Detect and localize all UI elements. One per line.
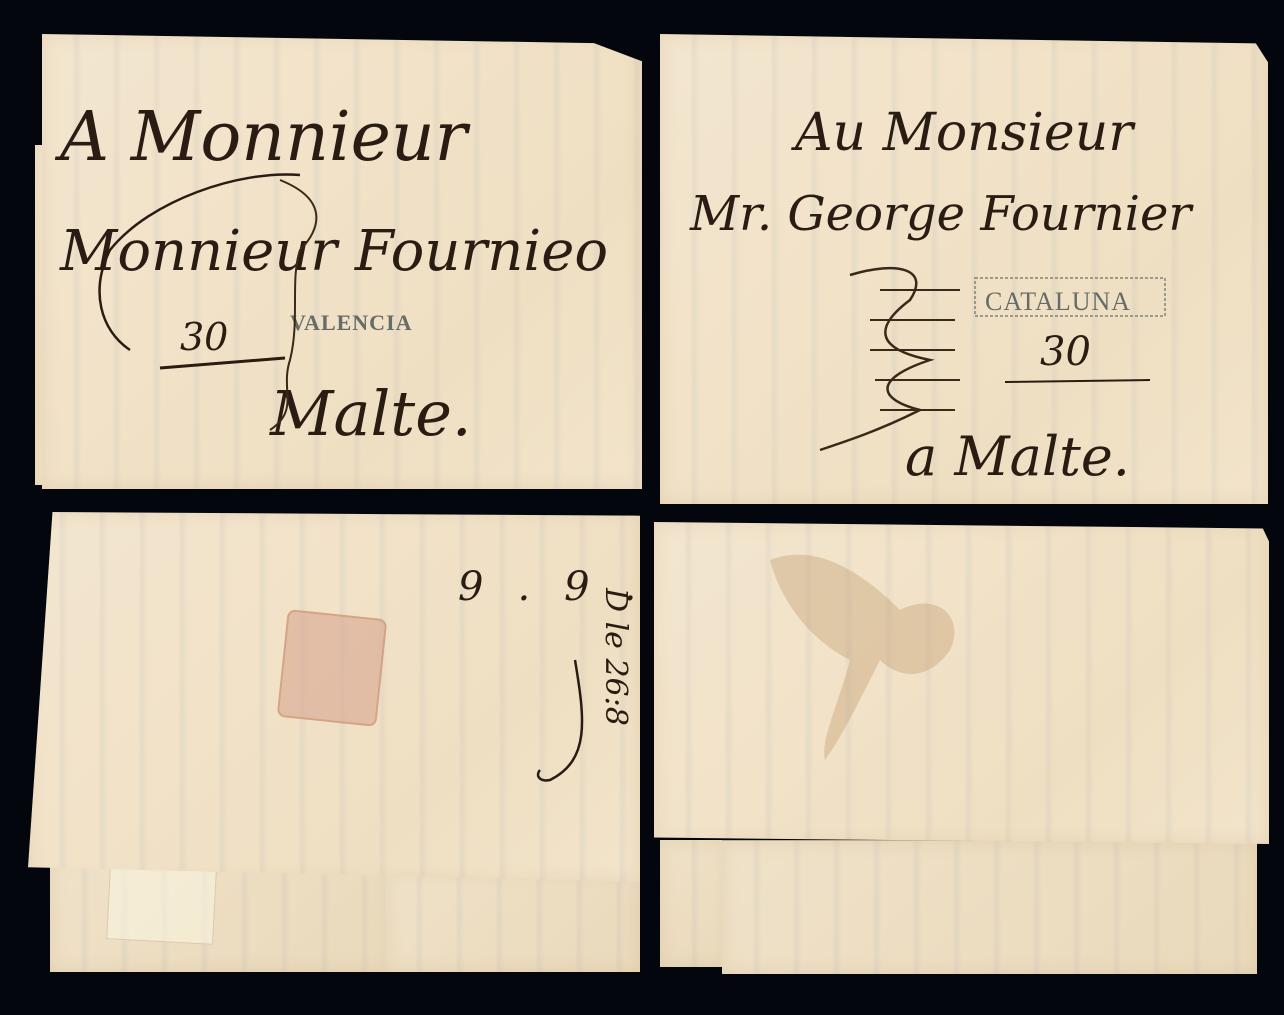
cover-2-back-stain bbox=[0, 0, 1284, 1015]
